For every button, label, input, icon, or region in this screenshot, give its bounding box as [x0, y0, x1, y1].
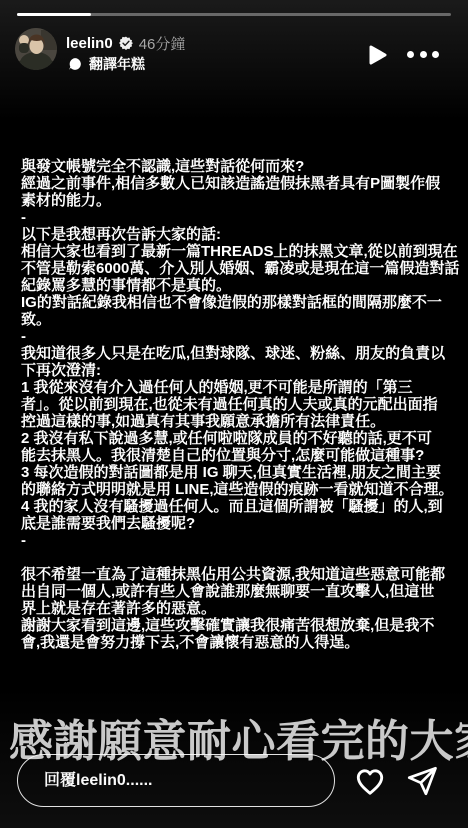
- story-text-line: [21, 549, 459, 566]
- story-text-line: 紀錄罵多慧的事情都不是真的。: [21, 277, 459, 294]
- play-button[interactable]: [364, 43, 388, 67]
- like-button[interactable]: [352, 763, 388, 799]
- story-text-line: 以下是我想再次告訴大家的話:: [21, 226, 459, 243]
- verified-badge-icon: [119, 36, 133, 50]
- story-text-line: 很不希望一直為了這種抹黑佔用公共資源,我知道這些惡意可能都: [21, 566, 459, 583]
- story-text-line: 2 我沒有私下說過多慧,或任何啦啦隊成員的不好聽的話,更不可: [21, 430, 459, 447]
- story-text: 與發文帳號完全不認識,這些對話從何而來?經過之前事件,相信多數人已知該造謠造假抹…: [21, 158, 459, 651]
- story-text-line: 與發文帳號完全不認識,這些對話從何而來?: [21, 158, 459, 175]
- story-text-line: -: [21, 328, 459, 345]
- story-text-line: IG的對話紀錄我相信也不會像造假的那樣對話框的間隔那麼不一: [21, 294, 459, 311]
- story-text-line: 者」。從以前到現在,也從未有過任何真的人夫或真的元配出面指: [21, 396, 459, 413]
- story-text-line: 1 我從來沒有介入過任何人的婚姻,更不可能是所謂的「第三: [21, 379, 459, 396]
- more-options-icon: [432, 51, 439, 58]
- story-text-line: 能去抹黑人。我很清楚自己的位置與分寸,怎麼可能做這種事?: [21, 447, 459, 464]
- more-options-icon: [420, 51, 427, 58]
- translate-label: 翻譯年糕: [89, 54, 145, 74]
- progress-fill: [17, 13, 91, 16]
- reply-bar[interactable]: [17, 754, 335, 807]
- speech-bubble-icon: [68, 57, 82, 71]
- story-text-line: 謝謝大家看到這邊,這些攻擊確實讓我很痛苦很想放棄,但是我不: [21, 617, 459, 634]
- story-timestamp: 46分鐘: [139, 33, 186, 54]
- play-icon: [364, 43, 388, 67]
- more-options-button[interactable]: [407, 48, 439, 60]
- story-text-line: 底是誰需要我們去騷擾呢?: [21, 515, 459, 532]
- story-text-line: 經過之前事件,相信多數人已知該造謠造假抹黑者具有P圖製作假: [21, 175, 459, 192]
- share-button[interactable]: [404, 763, 440, 799]
- story-text-line: 控過這樣的事,如過真有其事我願意承擔所有法律責任。: [21, 413, 459, 430]
- story-text-line: 的聯絡方式明明就是用 LINE,這些造假的痕跡一看就知道不合理。: [21, 481, 459, 498]
- story-text-line: 相信大家也看到了最新一篇THREADS上的抹黑文章,從以前到現在: [21, 243, 459, 260]
- more-options-icon: [407, 51, 414, 58]
- story-text-line: 會,我還是會努力撐下去,不會讓懷有惡意的人得逞。: [21, 634, 459, 651]
- story-text-line: 界上就是存在著許多的惡意。: [21, 600, 459, 617]
- story-progress-bar[interactable]: [17, 13, 451, 16]
- story-text-line: 素材的能力。: [21, 192, 459, 209]
- story-text-line: 不管是勒索6000萬、介入別人婚姻、霸凌或是現在這一篇假造對話: [21, 260, 459, 277]
- paper-plane-icon: [404, 763, 440, 799]
- story-text-line: 下再次澄清:: [21, 362, 459, 379]
- avatar[interactable]: [15, 28, 57, 70]
- username[interactable]: leelin0: [66, 35, 113, 52]
- story-text-line: 4 我的家人沒有騷擾過任何人。而且這個所謂被「騷擾」的人,到: [21, 498, 459, 515]
- story-text-line: 出自同一個人,或許有些人會說誰那麼無聊要一直攻擊人,但這世: [21, 583, 459, 600]
- story-text-line: -: [21, 209, 459, 226]
- heart-icon: [352, 763, 388, 799]
- avatar-illustration: [15, 28, 57, 70]
- header-name-row: leelin0 46分鐘: [66, 33, 185, 53]
- story-viewer: leelin0 46分鐘 翻譯年糕 與發文帳號完全不認識,這些對話從何而來?經過…: [0, 0, 468, 828]
- reply-input[interactable]: [18, 755, 334, 806]
- story-text-line: 我知道很多人只是在吃瓜,但對球隊、球迷、粉絲、朋友的負責以: [21, 345, 459, 362]
- story-text-line: 3 每次造假的對話圖都是用 IG 聊天,但真實生活裡,朋友之間主要: [21, 464, 459, 481]
- story-text-line: -: [21, 532, 459, 549]
- translate-row[interactable]: 翻譯年糕: [68, 55, 145, 73]
- story-text-line: 致。: [21, 311, 459, 328]
